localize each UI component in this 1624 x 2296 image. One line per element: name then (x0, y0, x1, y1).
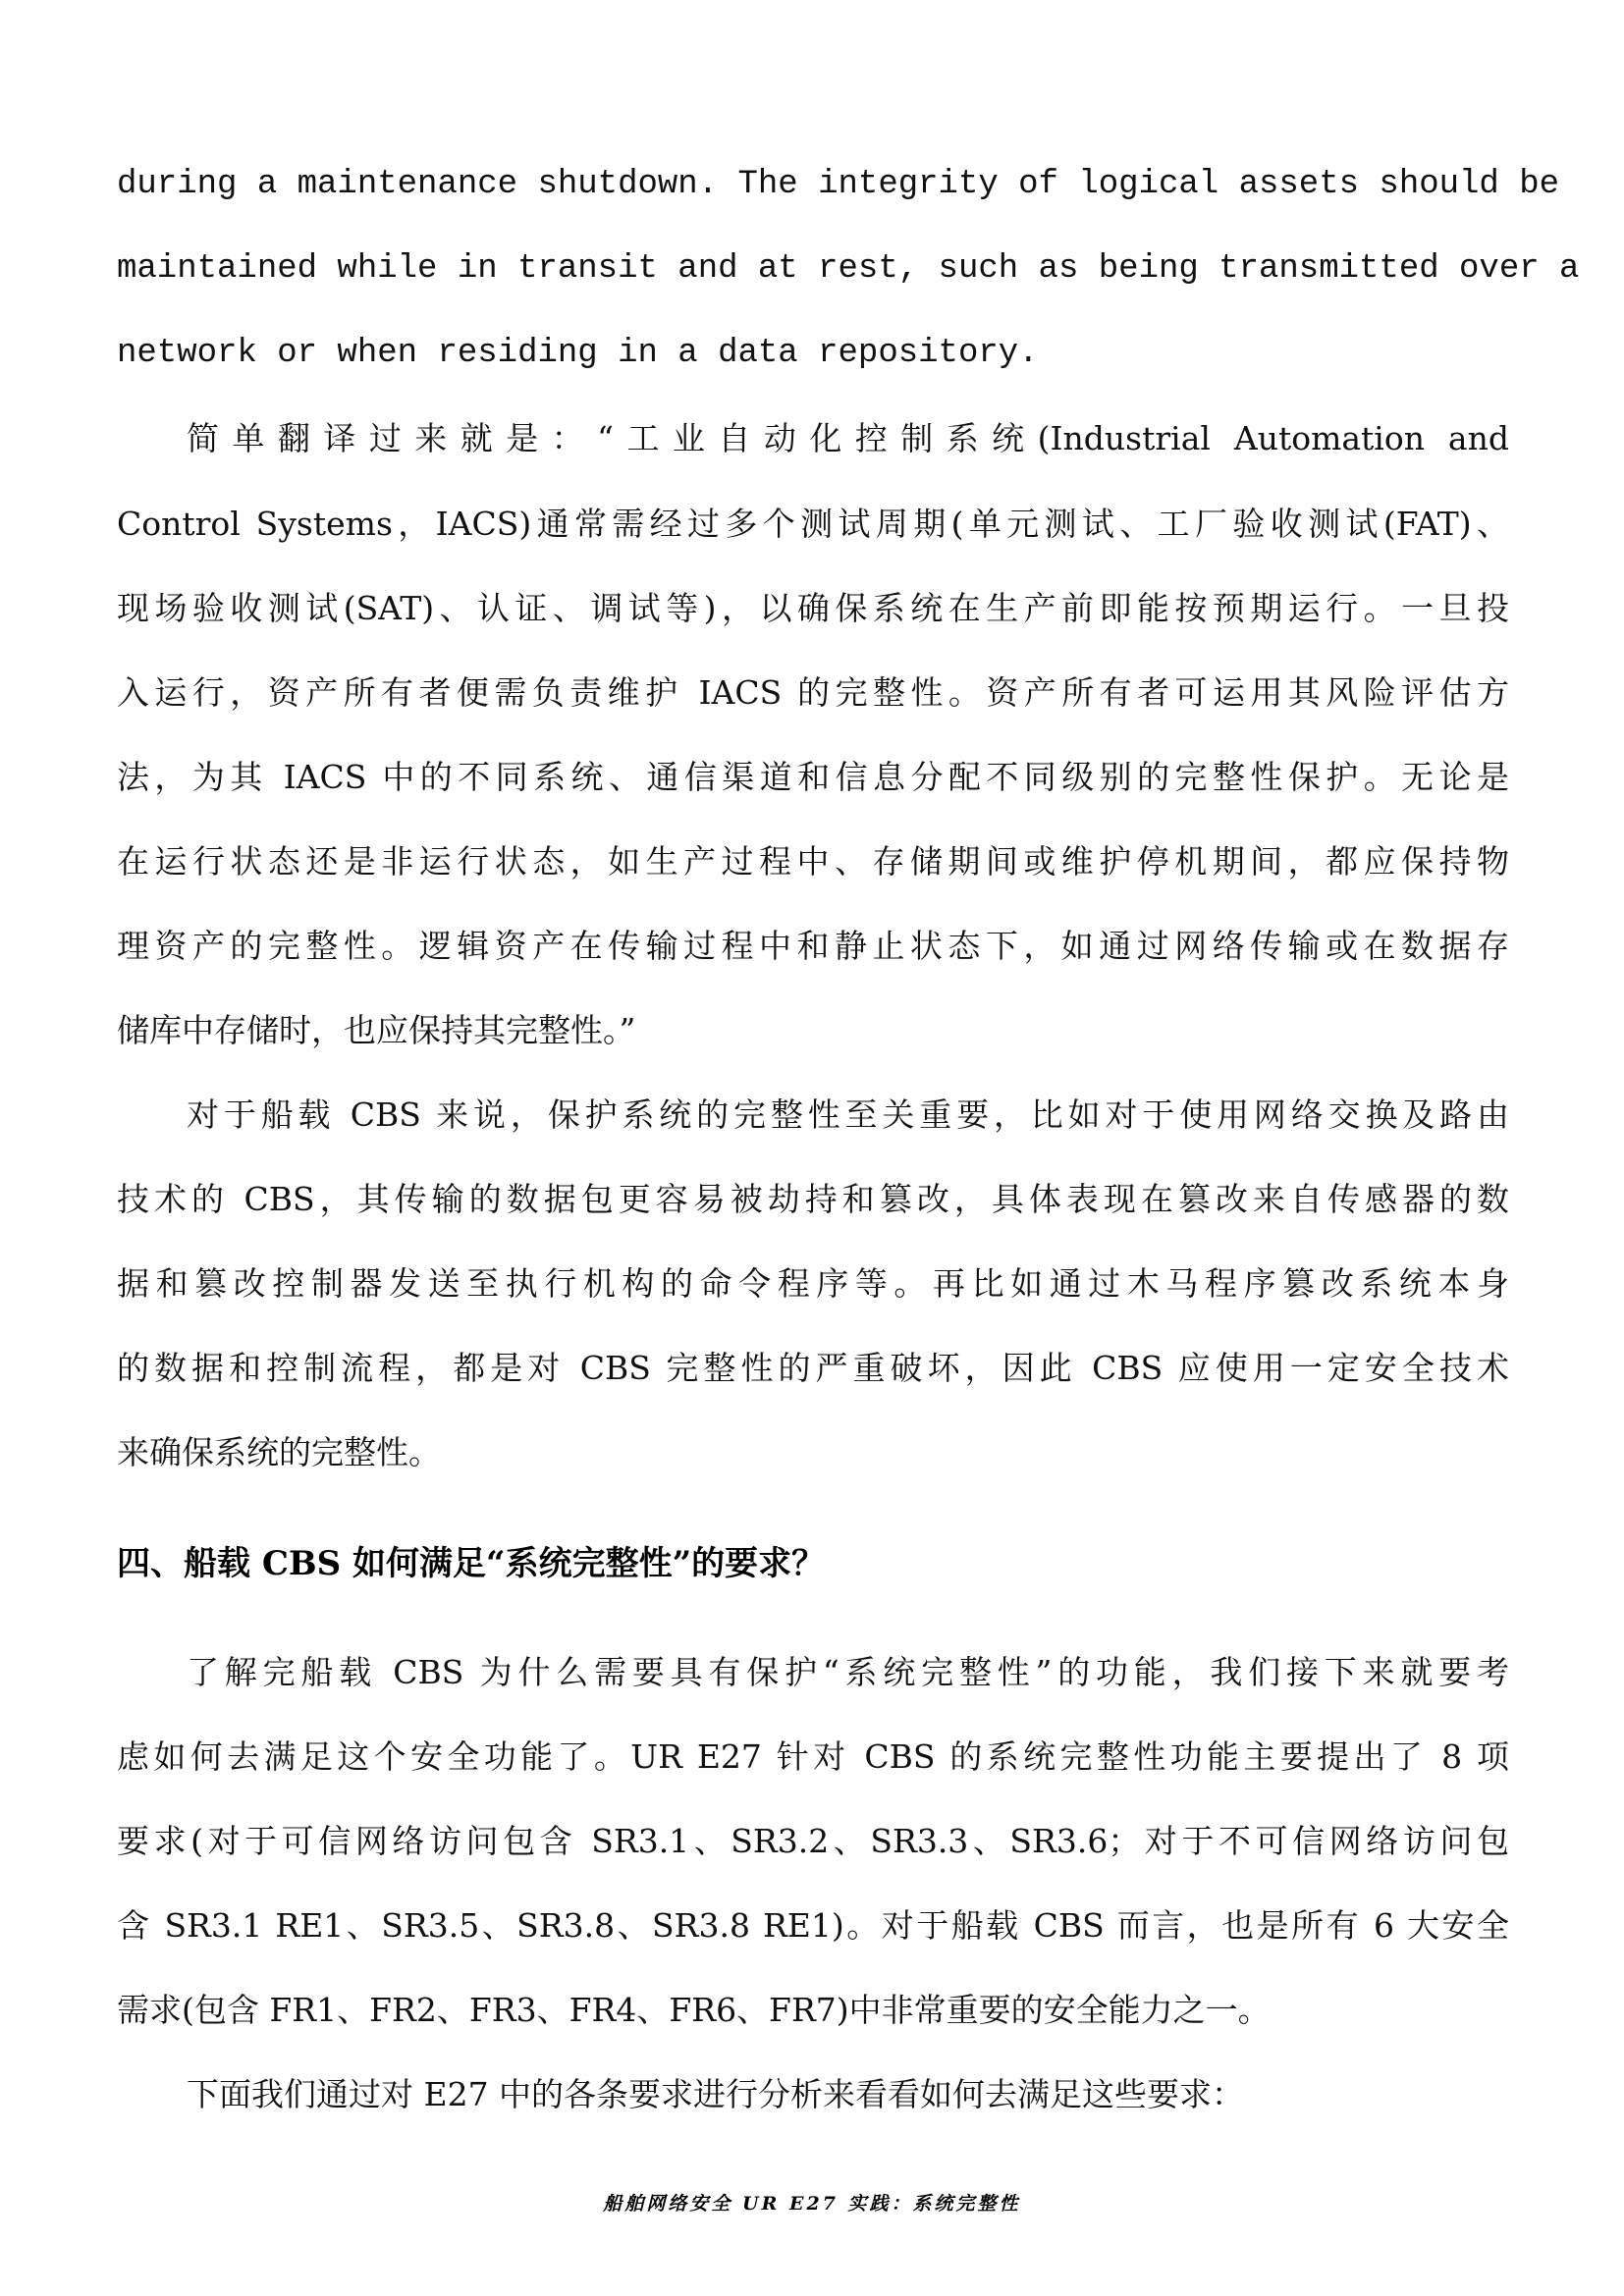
body-text-line: 需求(包含 FR1、FR2、FR3、FR4、FR6、FR7)中非常重要的安全能力… (117, 1986, 1509, 2035)
body-text-line: 要求(对于可信网络访问包含 SR3.1、SR3.2、SR3.3、SR3.6；对于… (117, 1817, 1509, 1866)
body-text-line: 简单翻译过来就是：“工业自动化控制系统(Industrial Automatio… (187, 414, 1509, 463)
body-text-line: 技术的 CBS，其传输的数据包更容易被劫持和篡改，具体表现在篡改来自传感器的数 (117, 1175, 1509, 1224)
body-text-line: 在运行状态还是非运行状态，如生产过程中、存储期间或维护停机期间，都应保持物 (117, 837, 1509, 886)
body-text-line: 入运行，资产所有者便需负责维护 IACS 的完整性。资产所有者可运用其风险评估方 (117, 668, 1509, 718)
body-text-line: 下面我们通过对 E27 中的各条要求进行分析来看看如何去满足这些要求： (187, 2070, 1509, 2119)
body-text-line: 理资产的完整性。逻辑资产在传输过程中和静止状态下，如通过网络传输或在数据存 (117, 922, 1509, 971)
page-footer: 船舶网络安全 UR E27 实践：系统完整性 (0, 2189, 1624, 2216)
body-text-line: 对于船载 CBS 来说，保护系统的完整性至关重要，比如对于使用网络交换及路由 (187, 1091, 1509, 1140)
body-text-line: 了解完船载 CBS 为什么需要具有保护“系统完整性”的功能，我们接下来就要考 (187, 1648, 1509, 1697)
section-heading: 四、船载 CBS 如何满足“系统完整性”的要求？ (117, 1539, 825, 1588)
body-text-line: 的数据和控制流程，都是对 CBS 完整性的严重破坏，因此 CBS 应使用一定安全… (117, 1344, 1509, 1393)
body-text-line: maintained while in transit and at rest,… (117, 244, 1509, 294)
body-text-line: 含 SR3.1 RE1、SR3.5、SR3.8、SR3.8 RE1)。对于船载 … (117, 1901, 1509, 1950)
body-text-line: 虑如何去满足这个安全功能了。UR E27 针对 CBS 的系统完整性功能主要提出… (117, 1733, 1509, 1782)
body-text-line: 储库中存储时，也应保持其完整性。” (117, 1006, 1509, 1055)
body-text-line: during a maintenance shutdown. The integ… (117, 160, 1509, 209)
body-text-line: 据和篡改控制器发送至执行机构的命令程序等。再比如通过木马程序篡改系统本身 (117, 1259, 1509, 1308)
body-text-line: 法，为其 IACS 中的不同系统、通信渠道和信息分配不同级别的完整性保护。无论是 (117, 753, 1509, 802)
body-text-line: 来确保系统的完整性。 (117, 1428, 1509, 1477)
body-text-line: 现场验收测试(SAT)、认证、调试等)，以确保系统在生产前即能按预期运行。一旦投 (117, 584, 1509, 633)
document-page: during a maintenance shutdown. The integ… (0, 0, 1624, 2296)
body-text-line: Control Systems，IACS)通常需经过多个测试周期(单元测试、工厂… (117, 500, 1509, 549)
body-text-line: network or when residing in a data repos… (117, 329, 1509, 378)
